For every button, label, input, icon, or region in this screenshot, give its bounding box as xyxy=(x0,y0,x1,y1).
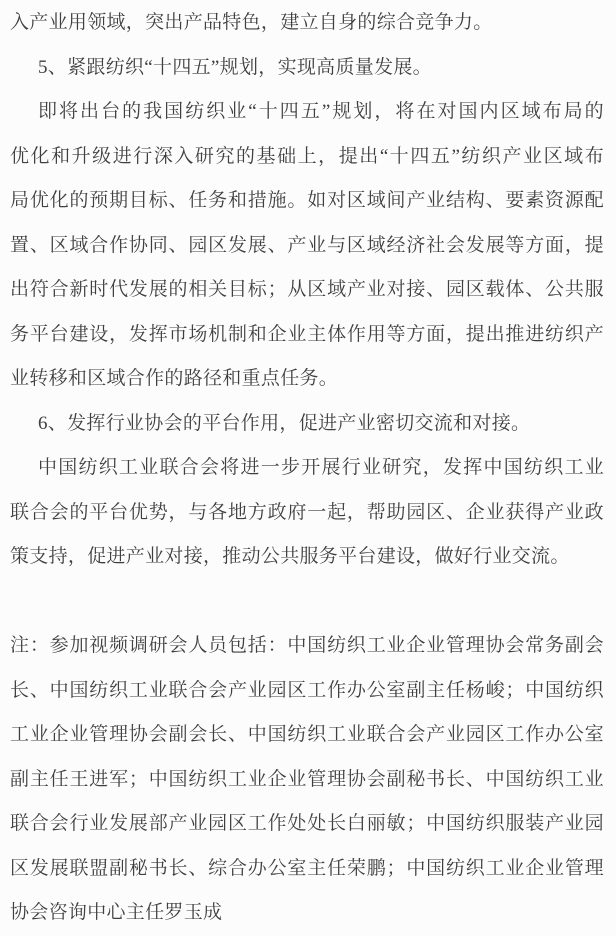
text-line-body: 局优化的预期目标、任务和措施。如对区域间产业结构、要素资源配 xyxy=(10,179,604,224)
text-line-note: 工业企业管理协会副会长、中国纺织工业联合会产业园区工作办公室 xyxy=(10,713,604,758)
text-line-body: 业转移和区域合作的路径和重点任务。 xyxy=(10,357,604,402)
text-line-body: 策支持，促进产业对接，推动公共服务平台建设，做好行业交流。 xyxy=(10,535,604,580)
text-line-body: 即将出台的我国纺织业“十四五”规划，将在对国内区域布局的 xyxy=(10,90,604,135)
text-line-body: 中国纺织工业联合会将进一步开展行业研究，发挥中国纺织工业 xyxy=(10,446,604,491)
text-line-note: 区发展联盟副秘书长、综合办公室主任荣鹏；中国纺织工业企业管理 xyxy=(10,847,604,892)
text-line-body: 出符合新时代发展的相关目标；从区域产业对接、园区载体、公共服 xyxy=(10,268,604,313)
paragraph-spacer xyxy=(10,580,604,625)
text-line-note: 协会咨询中心主任罗玉成 xyxy=(10,891,604,936)
text-line-note: 长、中国纺织工业联合会产业园区工作办公室副主任杨峻；中国纺织 xyxy=(10,669,604,714)
text-line-note: 注：参加视频调研会人员包括：中国纺织工业企业管理协会常务副会 xyxy=(10,624,604,669)
text-line-note: 联合会行业发展部产业园区工作处处长白丽敏；中国纺织服装产业园 xyxy=(10,802,604,847)
text-line-body: 置、区域合作协同、园区发展、产业与区域经济社会发展等方面，提 xyxy=(10,224,604,269)
document-body: 入产业用领域，突出产品特色，建立自身的综合竞争力。5、紧跟纺织“十四五”规划，实… xyxy=(0,0,616,936)
text-line-body: 务平台建设，发挥市场机制和企业主体作用等方面，提出推进纺织产 xyxy=(10,313,604,358)
scanned-document-page: { "page": { "background_color": "#fcfcfc… xyxy=(0,0,616,936)
text-line-body-continuation: 入产业用领域，突出产品特色，建立自身的综合竞争力。 xyxy=(10,1,604,46)
text-line-body: 联合会的平台优势，与各地方政府一起，帮助园区、企业获得产业政 xyxy=(10,491,604,536)
text-line-heading-item-6: 6、发挥行业协会的平台作用，促进产业密切交流和对接。 xyxy=(10,402,604,447)
text-line-body: 优化和升级进行深入研究的基础上，提出“十四五”纺织产业区域布 xyxy=(10,135,604,180)
text-line-note: 副主任王进军；中国纺织工业企业管理协会副秘书长、中国纺织工业 xyxy=(10,758,604,803)
text-line-heading-item-5: 5、紧跟纺织“十四五”规划，实现高质量发展。 xyxy=(10,46,604,91)
